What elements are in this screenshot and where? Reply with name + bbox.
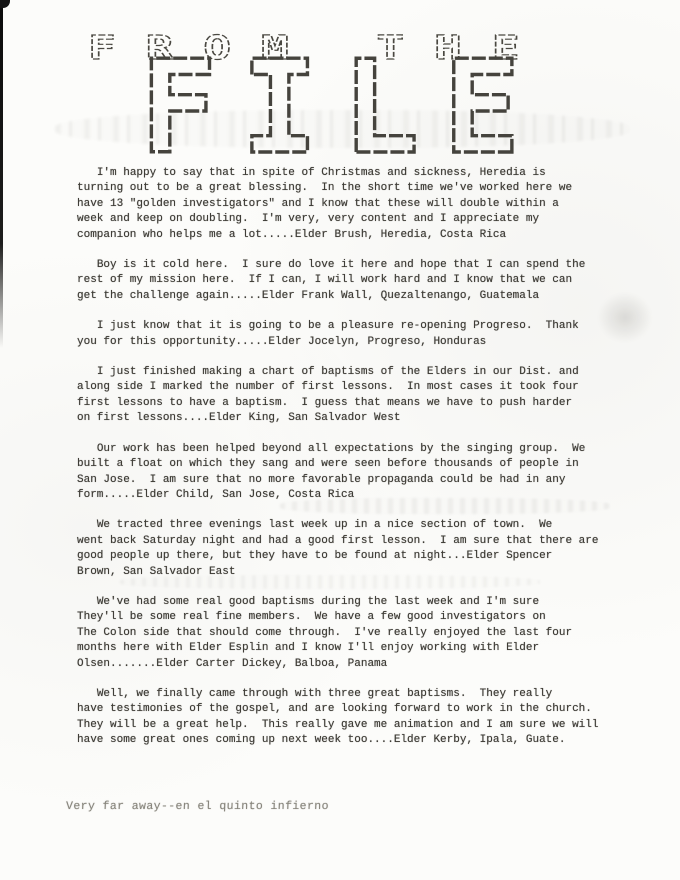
excerpt-paragraph-child: Our work has been helped beyond all expe…: [77, 442, 625, 504]
excerpt-paragraph-kerby: Well, we finally came through with three…: [77, 687, 625, 749]
masthead: FROM THE FILE: [0, 0, 680, 165]
excerpt-paragraph-brush: I'm happy to say that in spite of Christ…: [77, 166, 625, 243]
footer-faded-note: Very far away--en el quinto infierno: [66, 800, 329, 813]
excerpt-paragraph-brown: We tracted three evenings last week up i…: [77, 518, 625, 580]
letter-excerpts: I'm happy to say that in spite of Christ…: [77, 166, 625, 764]
excerpt-paragraph-king: I just finished making a chart of baptis…: [77, 365, 625, 427]
scanned-newsletter-page: FROM THE FILE I'm happy to say that in s…: [0, 0, 680, 880]
excerpt-paragraph-dickey: We've had some real good baptisms during…: [77, 595, 625, 672]
excerpt-paragraph-jocelyn: I just know that it is going to be a ple…: [77, 319, 625, 350]
masthead-line2-file: FILE: [140, 34, 544, 165]
excerpt-paragraph-wall: Boy is it cold here. I sure do love it h…: [77, 258, 625, 304]
